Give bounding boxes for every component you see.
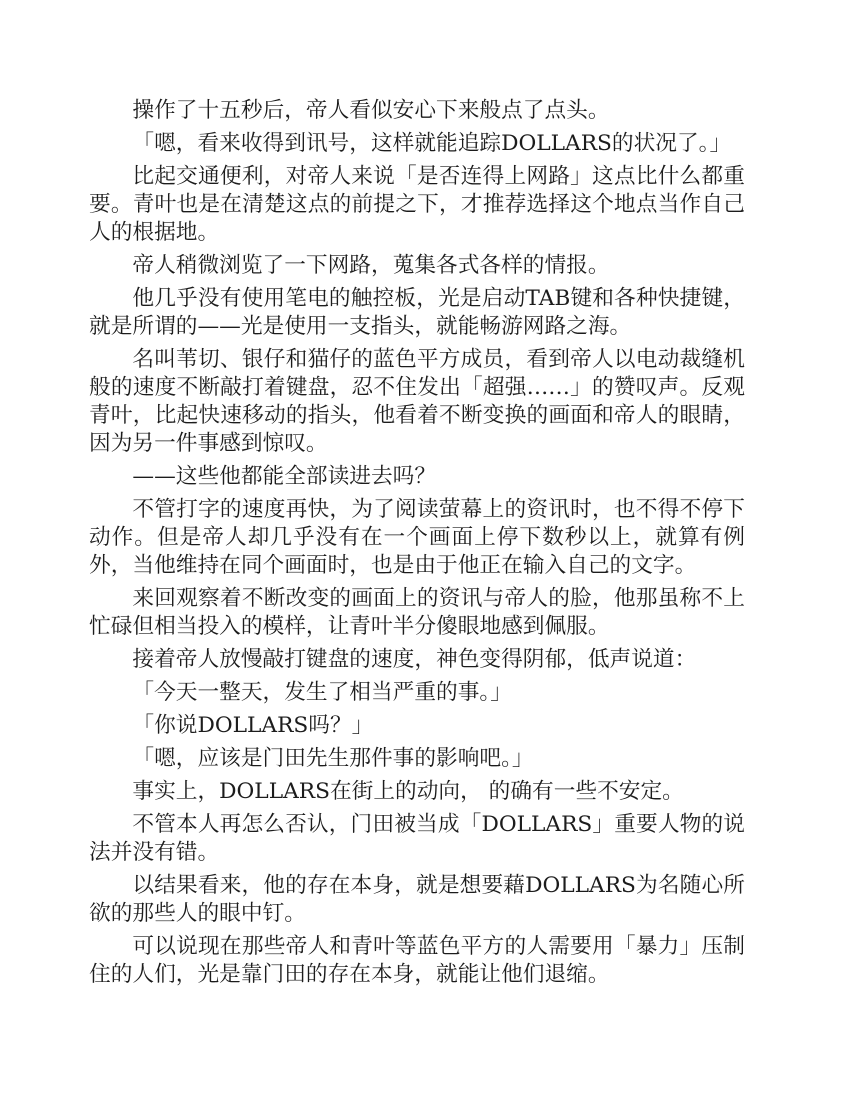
paragraph: 「你说DOLLARS吗？」 [89, 712, 745, 740]
paragraph: 可以说现在那些帝人和青叶等蓝色平方的人需要用「暴力」压制住的人们，光是靠门田的存… [89, 933, 745, 989]
book-page: 操作了十五秒后，帝人看似安心下来般点了点头。 「嗯，看来收得到讯号，这样就能追踪… [0, 0, 850, 1100]
paragraph: 名叫苇切、银仔和猫仔的蓝色平方成员，看到帝人以电动裁缝机般的速度不断敲打着键盘，… [89, 346, 745, 458]
text-column: 操作了十五秒后，帝人看似安心下来般点了点头。 「嗯，看来收得到讯号，这样就能追踪… [89, 97, 745, 989]
paragraph: 他几乎没有使用笔电的触控板，光是启动TAB键和各种快捷键，就是所谓的——光是使用… [89, 285, 745, 341]
paragraph: ——这些他都能全部读进去吗？ [89, 463, 745, 491]
paragraph: 来回观察着不断改变的画面上的资讯与帝人的脸，他那虽称不上忙碌但相当投入的模样，让… [89, 585, 745, 641]
paragraph: 比起交通便利，对帝人来说「是否连得上网路」这点比什么都重要。青叶也是在清楚这点的… [89, 163, 745, 247]
paragraph: 操作了十五秒后，帝人看似安心下来般点了点头。 [89, 97, 745, 125]
paragraph: 「嗯，应该是门田先生那件事的影响吧。」 [89, 745, 745, 773]
paragraph: 以结果看来，他的存在本身，就是想要藉DOLLARS为名随心所欲的那些人的眼中钉。 [89, 872, 745, 928]
paragraph: 帝人稍微浏览了一下网路，蒐集各式各样的情报。 [89, 252, 745, 280]
paragraph: 事实上，DOLLARS在街上的动向， 的确有一些不安定。 [89, 778, 745, 806]
paragraph: 不管打字的速度再快，为了阅读萤幕上的资讯时，也不得不停下动作。但是帝人却几乎没有… [89, 496, 745, 580]
paragraph: 不管本人再怎么否认，门田被当成「DOLLARS」重要人物的说法并没有错。 [89, 811, 745, 867]
paragraph: 「嗯，看来收得到讯号，这样就能追踪DOLLARS的状况了。」 [89, 130, 745, 158]
paragraph: 「今天一整天，发生了相当严重的事。」 [89, 679, 745, 707]
paragraph: 接着帝人放慢敲打键盘的速度，神色变得阴郁，低声说道： [89, 646, 745, 674]
